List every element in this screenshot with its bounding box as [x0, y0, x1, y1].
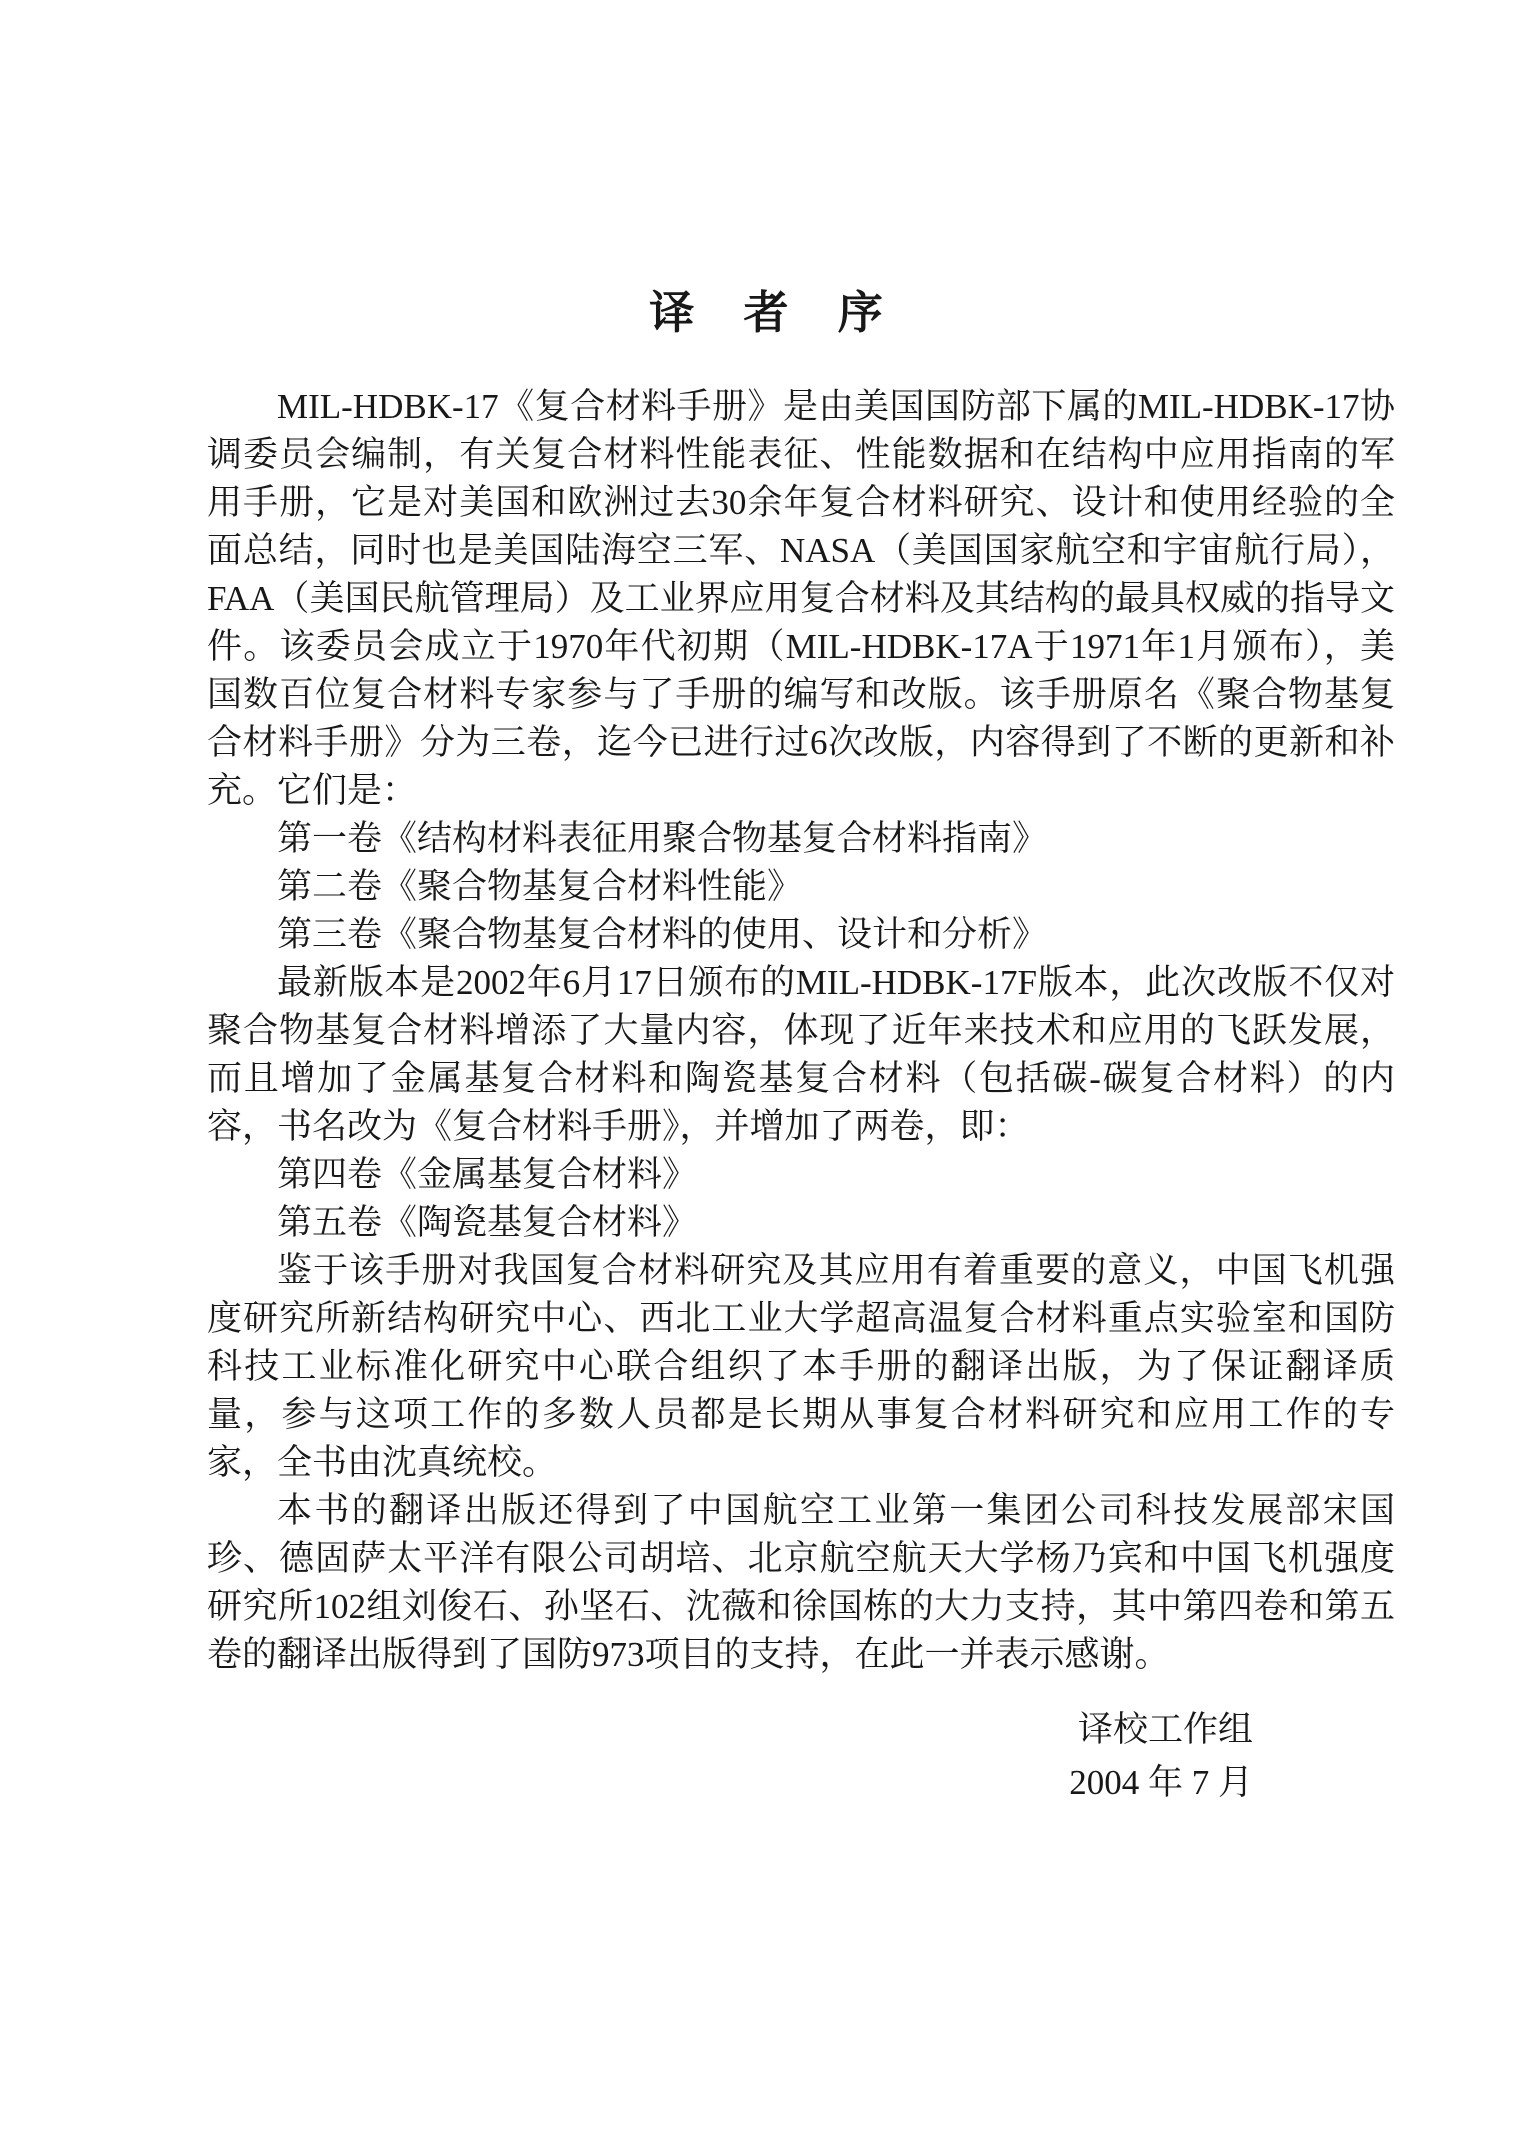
volume-list-item: 第四卷《金属基复合材料》	[207, 1151, 1395, 1199]
volume-list-item: 第一卷《结构材料表征用聚合物基复合材料指南》	[207, 815, 1395, 863]
signature-date: 2004 年 7 月	[207, 1756, 1253, 1809]
preface-body: MIL-HDBK-17《复合材料手册》是由美国国防部下属的MIL-HDBK-17…	[207, 383, 1395, 1809]
volume-list-item: 第五卷《陶瓷基复合材料》	[207, 1199, 1395, 1247]
paragraph: 本书的翻译出版还得到了中国航空工业第一集团公司科技发展部宋国珍、德固萨太平洋有限…	[207, 1487, 1395, 1679]
paragraph: 最新版本是2002年6月17日颁布的MIL-HDBK-17F版本，此次改版不仅对…	[207, 959, 1395, 1151]
page-title: 译 者 序	[0, 276, 1534, 341]
paragraph: 鉴于该手册对我国复合材料研究及其应用有着重要的意义，中国飞机强度研究所新结构研究…	[207, 1247, 1395, 1487]
volume-list-item: 第三卷《聚合物基复合材料的使用、设计和分析》	[207, 911, 1395, 959]
signature-block: 译校工作组 2004 年 7 月	[207, 1703, 1395, 1809]
signature-group: 译校工作组	[207, 1703, 1253, 1756]
document-page: 译 者 序 MIL-HDBK-17《复合材料手册》是由美国国防部下属的MIL-H…	[0, 0, 1534, 2137]
volume-list-item: 第二卷《聚合物基复合材料性能》	[207, 863, 1395, 911]
paragraph: MIL-HDBK-17《复合材料手册》是由美国国防部下属的MIL-HDBK-17…	[207, 383, 1395, 815]
